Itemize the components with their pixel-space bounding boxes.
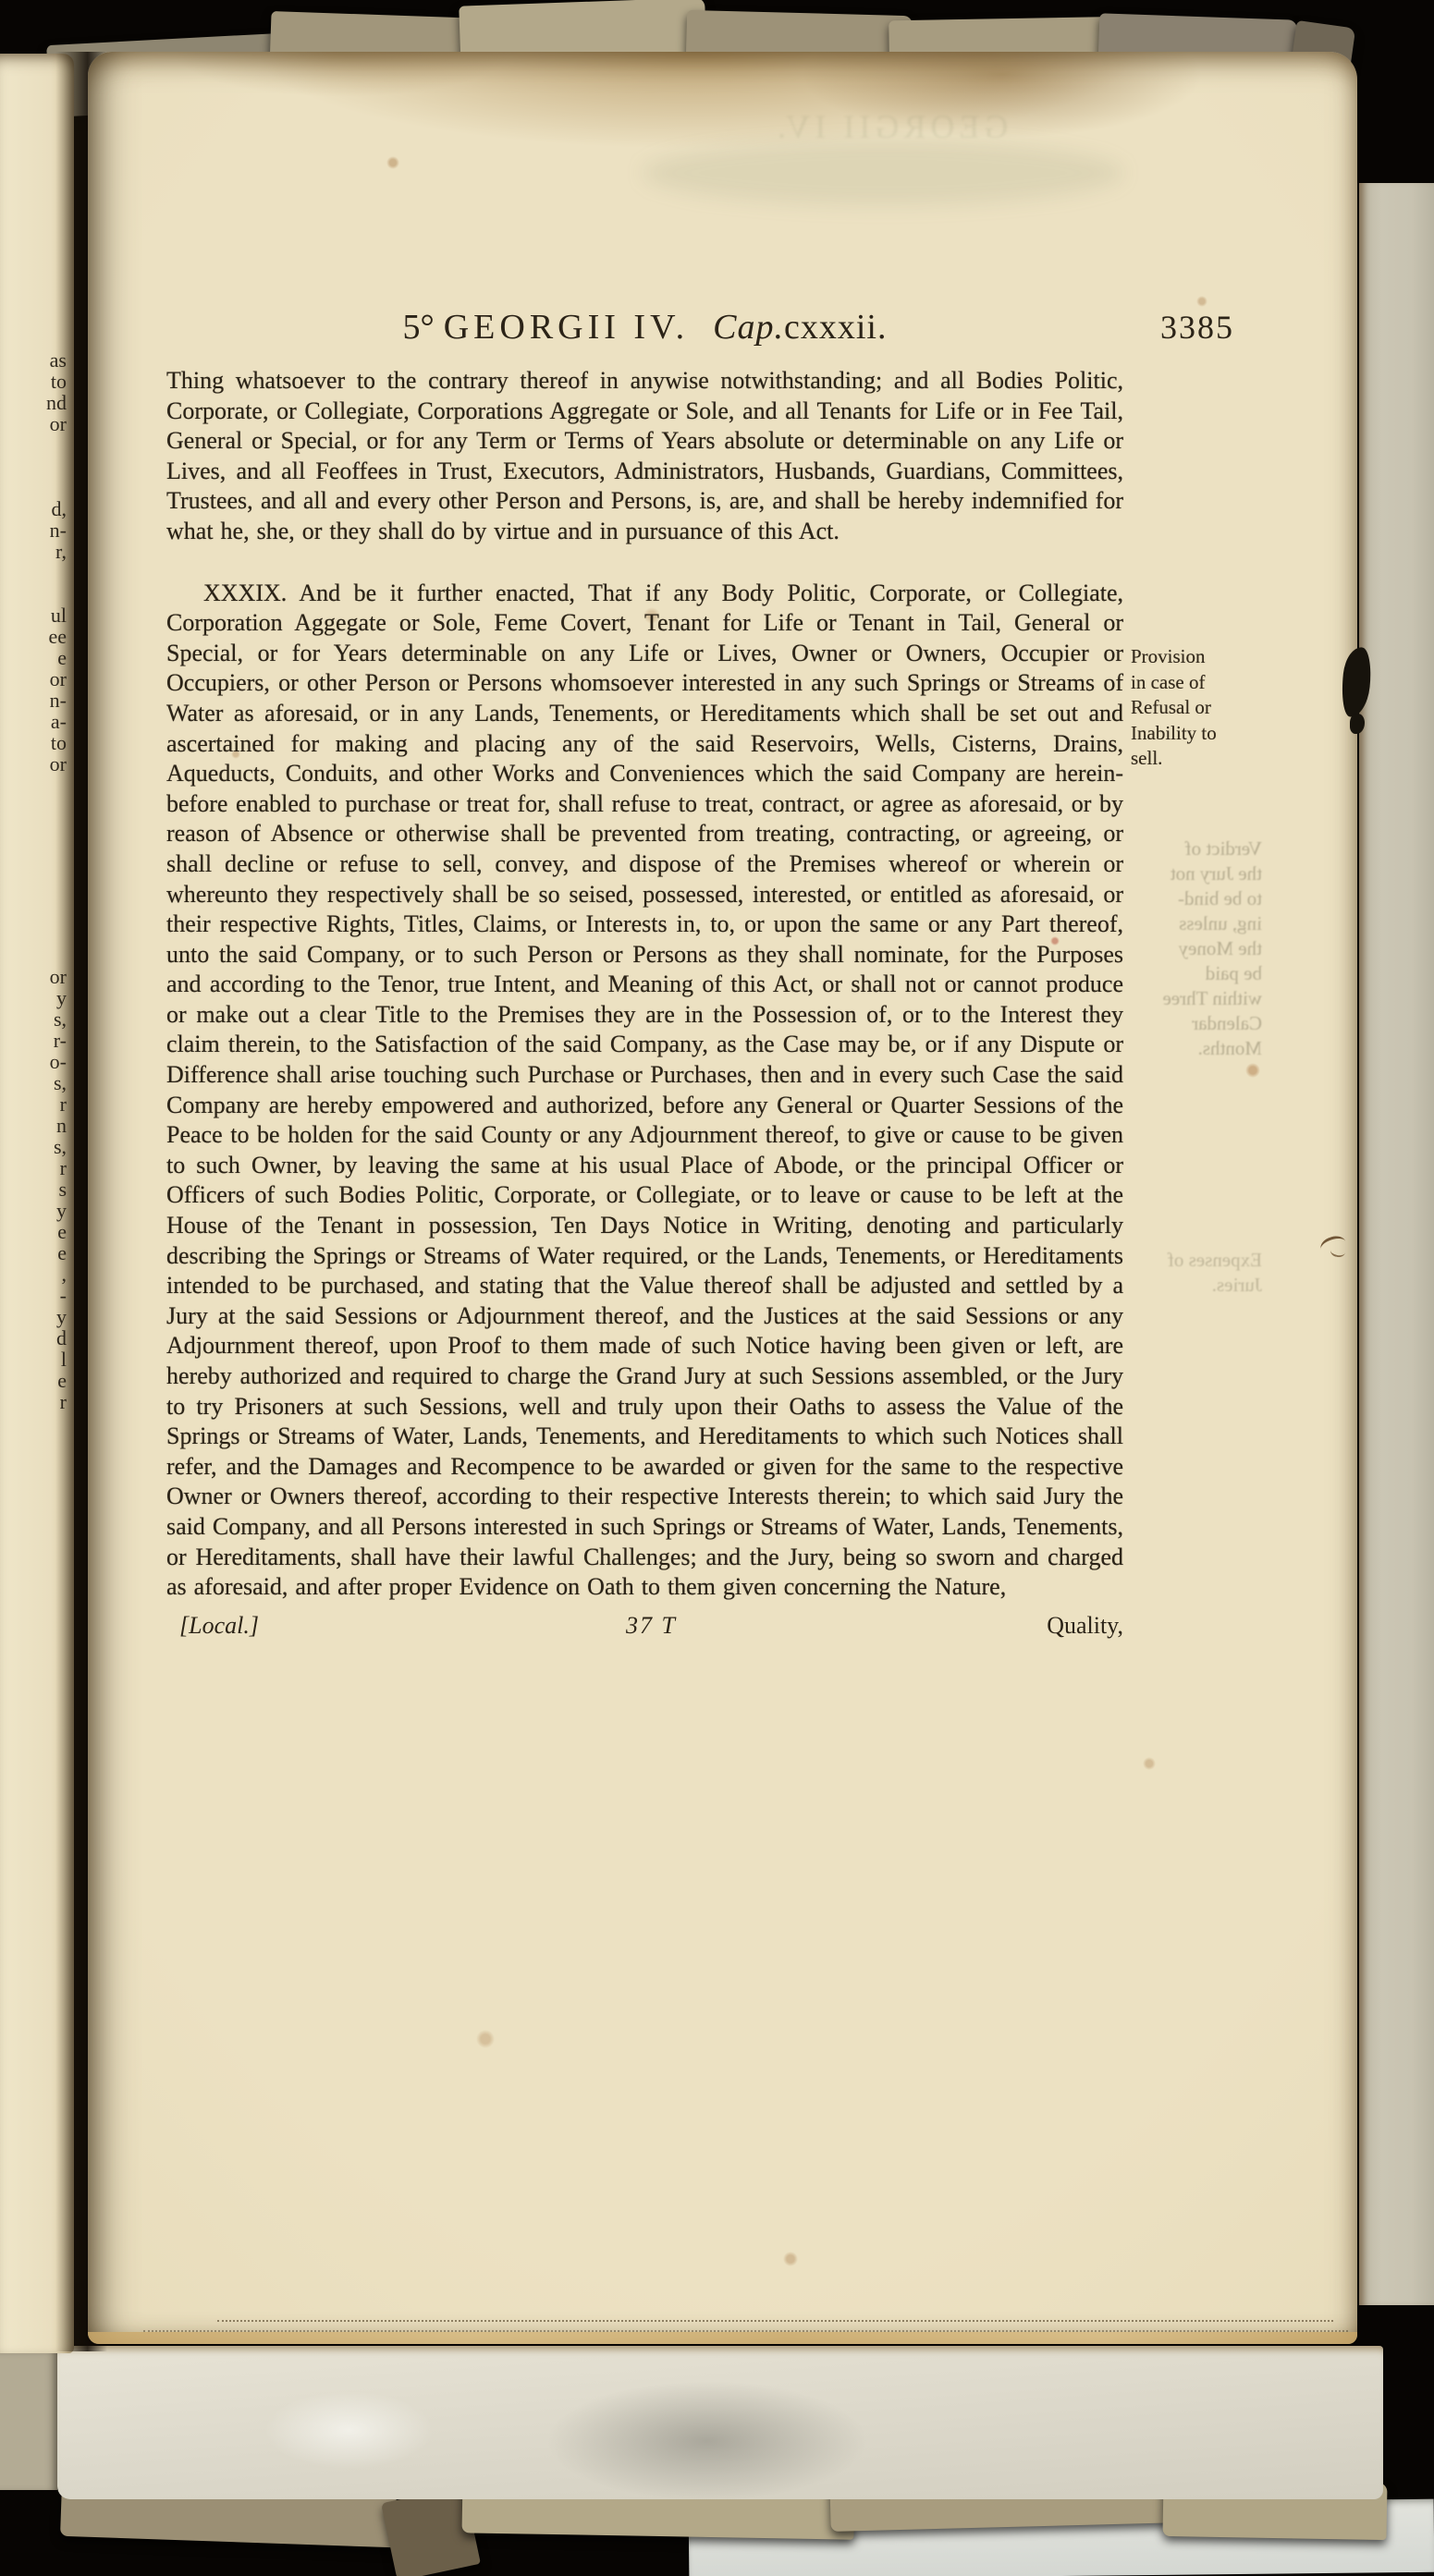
running-header: 5°GEORGII IV.Cap.cxxxii. 3385: [166, 301, 1123, 353]
chapter-number: cxxxii.: [784, 308, 887, 347]
monarch-name: GEORGII IV.: [444, 308, 689, 347]
book-photograph: as to nd or d, n- r, ul ee e or n- a- to…: [0, 0, 1434, 2576]
book-page: GEORGII IV. 5°GEORGII IV.Cap.cxxxii. 338…: [88, 52, 1357, 2344]
chapter-label: Cap.: [713, 308, 784, 347]
stitch-line: [217, 2320, 1333, 2322]
catchword: Quality,: [677, 1612, 1123, 1640]
page-stack-edge: [0, 2353, 57, 2490]
paragraph-continuation: Thing whatsoever to the contrary thereof…: [166, 366, 1123, 547]
showthrough-note-verdict: Verdict of the Jury not to be bind- ing,…: [1123, 836, 1262, 1061]
signature-mark: 37 T: [626, 1612, 677, 1640]
page-number: 3385: [1160, 301, 1234, 353]
next-page-edge: [1359, 183, 1434, 2305]
text-block: 5°GEORGII IV.Cap.cxxxii. 3385 Thing what…: [166, 301, 1123, 1640]
series-note: [Local.]: [166, 1612, 626, 1640]
section-xxxix-paragraph: XXXIX. And be it further enacted, That i…: [166, 579, 1123, 1603]
header-showthrough-ghost: GEORGII IV.: [773, 107, 1008, 146]
fore-edge-of-following-pages: [57, 2346, 1383, 2499]
showthrough-smudge: [643, 140, 1123, 205]
page-footer: [Local.] 37 T Quality,: [166, 1612, 1123, 1640]
margin-note-provision: Provision in case of Refusal or Inabilit…: [1131, 644, 1258, 772]
bottom-edge-stain: [88, 2332, 1357, 2344]
regnal-year: 5°: [403, 308, 435, 347]
showthrough-note-expenses: Expenses of Juries.: [1142, 1248, 1262, 1298]
